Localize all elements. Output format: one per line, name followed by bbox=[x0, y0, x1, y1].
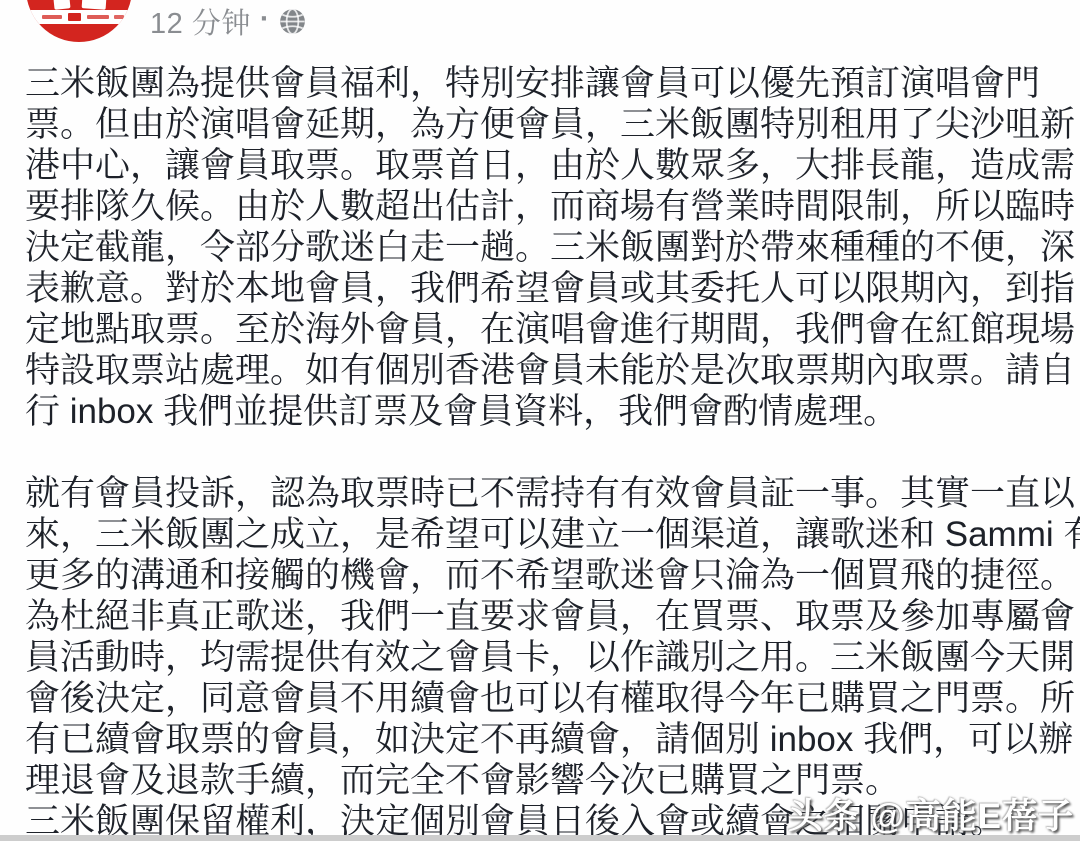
dot-separator: · bbox=[260, 3, 270, 36]
post-line: 決定截龍，令部分歌迷白走一趟。三米飯團對於帶來種種的不便，深 bbox=[25, 227, 1059, 268]
bottom-divider bbox=[0, 835, 1080, 841]
avatar-logo-glyph bbox=[82, 0, 107, 10]
avatar[interactable] bbox=[26, 0, 132, 42]
post-line: 特設取票站處理。如有個別香港會員未能於是次取票期內取票。請自 bbox=[25, 350, 1059, 391]
avatar-logo-glyph bbox=[53, 0, 70, 10]
post-line: 就有會員投訴，認為取票時已不需持有有效會員証一事。其實一直以 bbox=[25, 473, 1059, 514]
avatar-logo-band bbox=[26, 10, 132, 24]
post-line: 為杜絕非真正歌迷，我們一直要求會員，在買票、取票及參加專屬會 bbox=[25, 596, 1059, 637]
post-line: 更多的溝通和接觸的機會，而不希望歌迷會只淪為一個買飛的捷徑。 bbox=[25, 555, 1059, 596]
post-text: 三米飯團為提供會員福利，特別安排讓會員可以優先預訂演唱會門票。但由於演唱會延期，… bbox=[25, 63, 1059, 841]
timestamp[interactable]: 12 分钟 bbox=[150, 1, 251, 42]
post-paragraph: 就有會員投訴，認為取票時已不需持有有效會員証一事。其實一直以來，三米飯團之成立，… bbox=[25, 473, 1059, 841]
globe-public-icon bbox=[279, 8, 306, 35]
post-line: 定地點取票。至於海外會員，在演唱會進行期間，我們會在紅館現場 bbox=[25, 309, 1059, 350]
watermark: 头条 @高能E蓓子 bbox=[788, 789, 1074, 839]
post-line: 要排隊久候。由於人數超出估計，而商場有營業時間限制，所以臨時 bbox=[25, 186, 1059, 227]
post-line: 票。但由於演唱會延期，為方便會員，三米飯團特別租用了尖沙咀新 bbox=[25, 104, 1059, 145]
post-line: 會後決定，同意會員不用續會也可以有權取得今年已購買之門票。所 bbox=[25, 678, 1059, 719]
post-meta: 12 分钟 · bbox=[150, 2, 306, 40]
post-line: 表歉意。對於本地會員，我們希望會員或其委托人可以限期內，到指 bbox=[25, 268, 1059, 309]
post-line: 三米飯團為提供會員福利，特別安排讓會員可以優先預訂演唱會門 bbox=[25, 63, 1059, 104]
post-paragraph: 三米飯團為提供會員福利，特別安排讓會員可以優先預訂演唱會門票。但由於演唱會延期，… bbox=[25, 63, 1059, 432]
post-line: 來，三米飯團之成立，是希望可以建立一個渠道，讓歌迷和 Sammi 有 bbox=[25, 514, 1059, 555]
post-line: 港中心，讓會員取票。取票首日，由於人數眾多，大排長龍，造成需 bbox=[25, 145, 1059, 186]
post-line: 員活動時，均需提供有效之會員卡，以作識別之用。三米飯團今天開 bbox=[25, 637, 1059, 678]
post-line: 有已續會取票的會員，如決定不再續會，請個別 inbox 我們，可以辦 bbox=[25, 719, 1059, 760]
post-line: 行 inbox 我們並提供訂票及會員資料，我們會酌情處理。 bbox=[25, 391, 1059, 432]
social-post-card: 12 分钟 · 三米飯團為提供會員福利，特別安排讓會員可以優先預訂演唱會門票。但… bbox=[0, 0, 1080, 841]
